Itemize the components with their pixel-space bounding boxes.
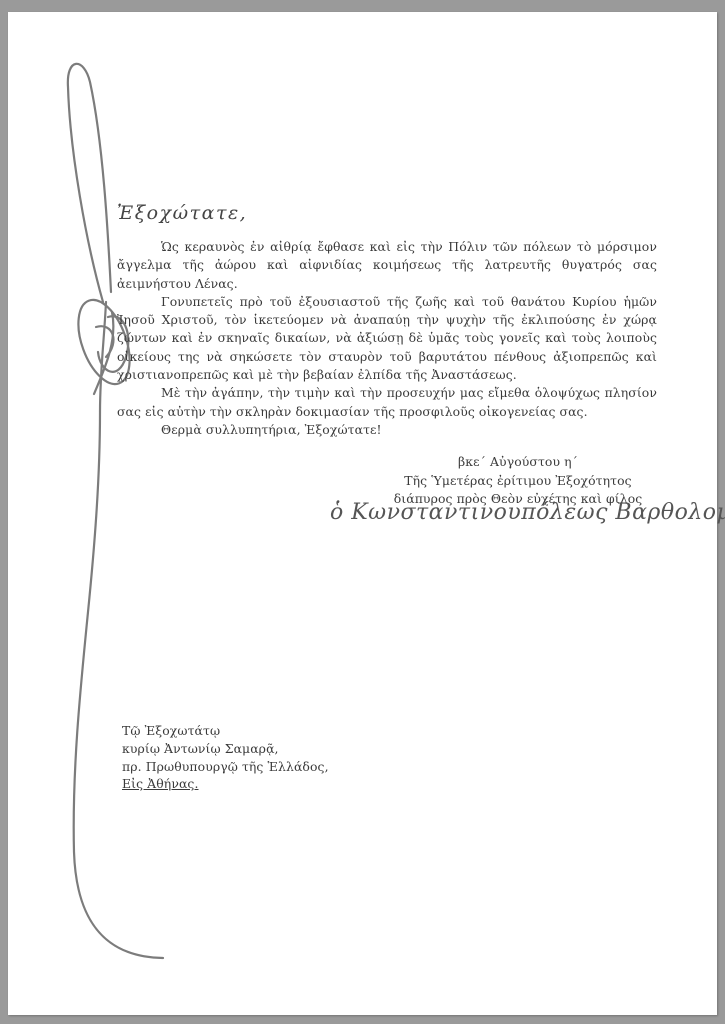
paragraph: Μὲ τὴν ἀγάπην, τὴν τιμὴν καὶ τὴν προσευχ… <box>117 384 657 421</box>
letter-page: Ἐξοχώτατε, Ὡς κεραυνὸς ἐν αἰθρίᾳ ἔφθασε … <box>8 12 717 1015</box>
address-line: κυρίῳ Ἀντωνίῳ Σαμαρᾷ, <box>122 740 329 758</box>
paragraph: Ὡς κεραυνὸς ἐν αἰθρίᾳ ἔφθασε καὶ εἰς τὴν… <box>117 238 657 293</box>
address-block: Τῷ Ἐξοχωτάτῳ κυρίῳ Ἀντωνίῳ Σαμαρᾷ, πρ. Π… <box>122 722 329 793</box>
address-line: πρ. Πρωθυπουργῷ τῆς Ἑλλάδος, <box>122 758 329 776</box>
letter-body: Ὡς κεραυνὸς ἐν αἰθρίᾳ ἔφθασε καὶ εἰς τὴν… <box>117 238 657 439</box>
address-line: Τῷ Ἐξοχωτάτῳ <box>122 722 329 740</box>
salutation: Ἐξοχώτατε, <box>117 202 247 224</box>
signature: ὁ Κωνσταντινουπόλεως Βαρθολομαῖος <box>330 500 725 525</box>
closing-line: Τῆς Ὑμετέρας ἐρίτιμου Ἐξοχότητος <box>368 472 668 491</box>
paragraph: Γονυπετεῖς πρὸ τοῦ ἐξουσιαστοῦ τῆς ζωῆς … <box>117 293 657 384</box>
paragraph: Θερμὰ συλλυπητήρια, Ἐξοχώτατε! <box>117 421 657 439</box>
address-city: Εἰς Ἀθήνας. <box>122 775 329 793</box>
date-line: βκε΄ Αὐγούστου η΄ <box>368 453 668 472</box>
